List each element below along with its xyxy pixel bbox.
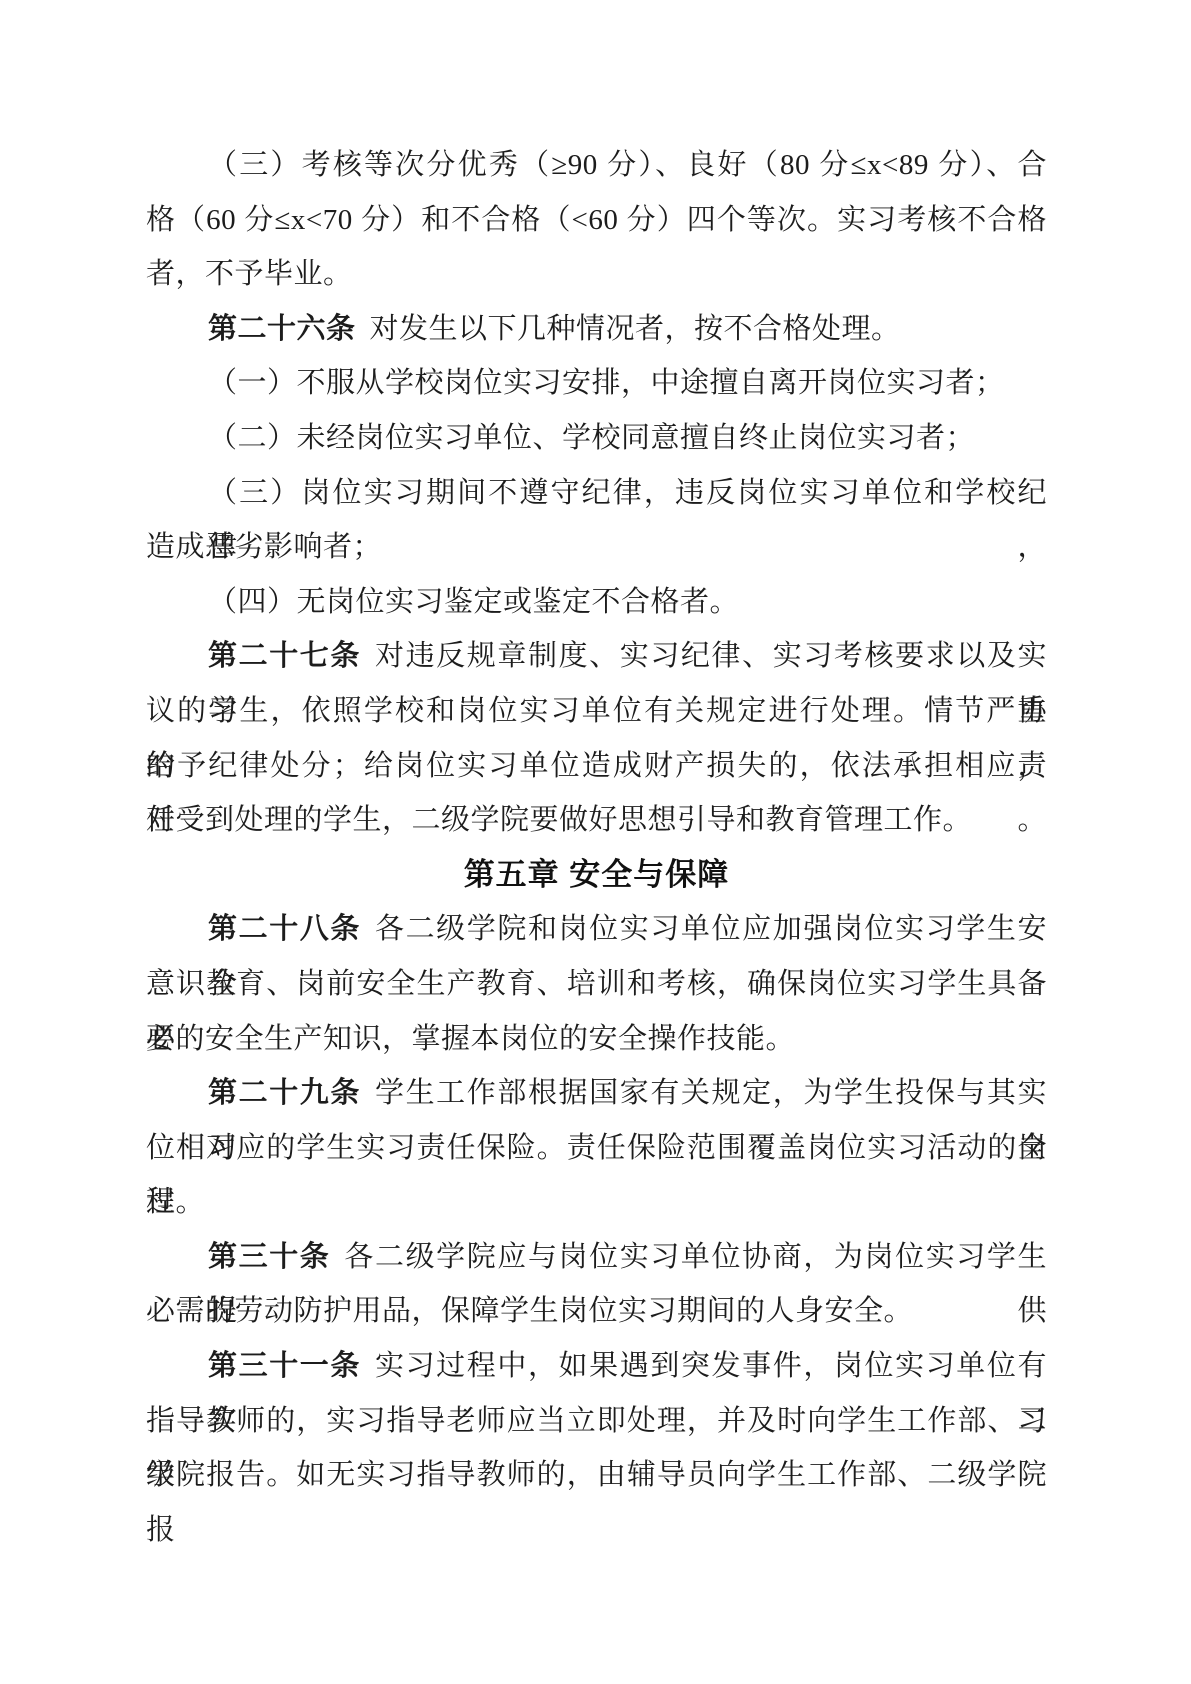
article-line: 第二十九条学生工作部根据国家有关规定，为学生投保与其实习岗 bbox=[146, 1066, 1047, 1121]
article-number: 第二十六条 bbox=[208, 313, 356, 345]
line-text: 对发生以下几种情况者，按不合格处理。 bbox=[370, 313, 901, 345]
text-line: （三）考核等次分优秀（≥90 分）、良好（80 分≤x<89 分）、合 bbox=[146, 138, 1047, 193]
text-line: （四）无岗位实习鉴定或鉴定不合格者。 bbox=[146, 575, 1047, 630]
article-number: 第三十条 bbox=[208, 1241, 330, 1273]
article-number: 第三十一条 bbox=[208, 1350, 361, 1382]
text-line: （二）未经岗位实习单位、学校同意擅自终止岗位实习者； bbox=[146, 411, 1047, 466]
article-line: 第二十六条对发生以下几种情况者，按不合格处理。 bbox=[146, 302, 1047, 357]
article-line: 第三十一条实习过程中，如果遇到突发事件，岗位实习单位有实习 bbox=[146, 1339, 1047, 1394]
text-line: 指导教师的，实习指导老师应当立即处理，并及时向学生工作部、二级 bbox=[146, 1394, 1047, 1449]
article-number: 第二十七条 bbox=[208, 640, 361, 672]
text-line: 格（60 分≤x<70 分）和不合格（<60 分）四个等次。实习考核不合格 bbox=[146, 193, 1047, 248]
article-line: 第二十七条对违反规章制度、实习纪律、实习考核要求以及实习协 bbox=[146, 629, 1047, 684]
document-body: （三）考核等次分优秀（≥90 分）、良好（80 分≤x<89 分）、合 格（60… bbox=[146, 138, 1047, 1503]
text-line: （三）岗位实习期间不遵守纪律，违反岗位实习单位和学校纪律， bbox=[146, 466, 1047, 521]
article-line: 第三十条各二级学院应与岗位实习单位协商，为岗位实习学生提供 bbox=[146, 1230, 1047, 1285]
text-line: 位相对应的学生实习责任保险。责任保险范围覆盖岗位实习活动的全过 bbox=[146, 1121, 1047, 1176]
article-number: 第二十九条 bbox=[208, 1077, 361, 1109]
text-line: 程。 bbox=[146, 1175, 1047, 1230]
text-line: 对受到处理的学生，二级学院要做好思想引导和教育管理工作。 bbox=[146, 793, 1047, 848]
line-text: 造成恶劣影响者； bbox=[146, 531, 382, 563]
document-page: （三）考核等次分优秀（≥90 分）、良好（80 分≤x<89 分）、合 格（60… bbox=[0, 0, 1191, 1684]
line-text: （四）无岗位实习鉴定或鉴定不合格者。 bbox=[208, 586, 739, 618]
text-line: （一）不服从学校岗位实习安排，中途擅自离开岗位实习者； bbox=[146, 356, 1047, 411]
line-text: 程。 bbox=[146, 1186, 205, 1218]
line-text: 对受到处理的学生，二级学院要做好思想引导和教育管理工作。 bbox=[146, 804, 972, 836]
text-line: 要的安全生产知识，掌握本岗位的安全操作技能。 bbox=[146, 1012, 1047, 1067]
line-text: 要的安全生产知识，掌握本岗位的安全操作技能。 bbox=[146, 1023, 795, 1055]
line-text: （二）未经岗位实习单位、学校同意擅自终止岗位实习者； bbox=[208, 422, 975, 454]
text-line: 给予纪律处分；给岗位实习单位造成财产损失的，依法承担相应责任。 bbox=[146, 739, 1047, 794]
text-line: 意识教育、岗前安全生产教育、培训和考核，确保岗位实习学生具备必 bbox=[146, 957, 1047, 1012]
line-text: （三）考核等次分优秀（≥90 分）、良好（80 分≤x<89 分）、合 bbox=[208, 149, 1047, 181]
text-line: 者，不予毕业。 bbox=[146, 247, 1047, 302]
line-text: 必需的劳动防护用品，保障学生岗位实习期间的人身安全。 bbox=[146, 1295, 913, 1327]
line-text: 学院报告。如无实习指导教师的，由辅导员向学生工作部、二级学院报 bbox=[146, 1459, 1047, 1546]
line-text: 者，不予毕业。 bbox=[146, 258, 353, 290]
line-text: （一）不服从学校岗位实习安排，中途擅自离开岗位实习者； bbox=[208, 367, 1005, 399]
text-line: 学院报告。如无实习指导教师的，由辅导员向学生工作部、二级学院报 bbox=[146, 1448, 1047, 1503]
article-number: 第二十八条 bbox=[208, 913, 361, 945]
chapter-heading: 第五章 安全与保障 bbox=[146, 848, 1047, 903]
text-line: 必需的劳动防护用品，保障学生岗位实习期间的人身安全。 bbox=[146, 1284, 1047, 1339]
line-text: 格（60 分≤x<70 分）和不合格（<60 分）四个等次。实习考核不合格 bbox=[146, 204, 1047, 236]
text-line: 议的学生，依照学校和岗位实习单位有关规定进行处理。情节严重的， bbox=[146, 684, 1047, 739]
article-line: 第二十八条各二级学院和岗位实习单位应加强岗位实习学生安全 bbox=[146, 902, 1047, 957]
